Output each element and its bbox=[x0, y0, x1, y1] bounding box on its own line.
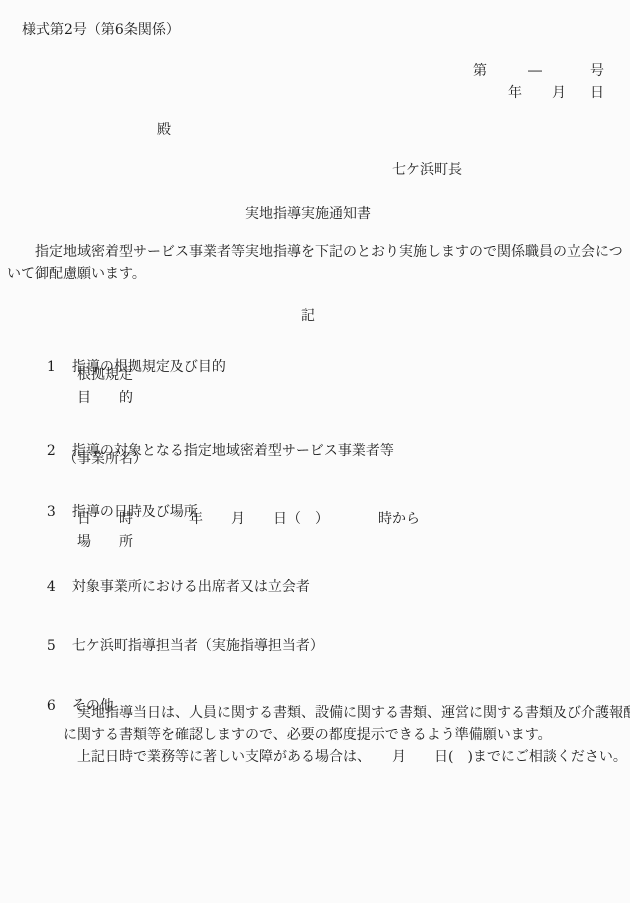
item-6-subline-contact: 上記日時で業務等に著しい支障がある場合は、 月 日( )までにご相談ください。 bbox=[63, 750, 627, 765]
item-4-number: 4 bbox=[47, 580, 72, 595]
item-2-subline-office-name: （事業所名） bbox=[63, 452, 147, 467]
doc-number-prefix: 第 bbox=[473, 64, 487, 79]
intro-line-2: いて御配慮願います。 bbox=[7, 267, 146, 282]
form-number-label: 様式第2号（第6条関係） bbox=[22, 23, 180, 38]
item-row-5: 5七ケ浜町指導担当者（実施指導担当者） bbox=[38, 624, 324, 654]
item-1-subline-basis: 根拠規定 bbox=[77, 368, 133, 383]
item-3-subline-datetime: 日 時 年 月 日（ ） 時から bbox=[77, 512, 420, 527]
date-month-label: 月 bbox=[552, 86, 566, 101]
sender-title: 七ケ浜町長 bbox=[392, 163, 462, 178]
item-6-subline-documents-1: 実地指導当日は、人員に関する書類、設備に関する書類、運営に関する書類及び介護報酬 bbox=[63, 706, 630, 721]
item-4-label: 対象事業所における出席者又は立会者 bbox=[72, 579, 310, 595]
document-title: 実地指導実施通知書 bbox=[0, 207, 616, 222]
doc-number-placeholder: ― bbox=[528, 64, 542, 79]
addressee-honorific: 殿 bbox=[157, 123, 171, 138]
item-1-number: 1 bbox=[47, 360, 72, 375]
doc-number-suffix: 号 bbox=[590, 64, 604, 79]
item-5-number: 5 bbox=[47, 639, 72, 654]
date-year-label: 年 bbox=[508, 86, 522, 101]
item-6-subline-documents-2: に関する書類等を確認しますので、必要の都度提示できるよう準備願います。 bbox=[63, 728, 552, 743]
intro-line-1: 指定地域密着型サービス事業者等実地指導を下記のとおり実施しますので関係職員の立会… bbox=[7, 245, 623, 260]
document-page: { "doc": { "form_number": "様式第2号（第6条関係）"… bbox=[0, 0, 630, 903]
item-3-number: 3 bbox=[47, 505, 72, 520]
section-marker: 記 bbox=[0, 309, 616, 324]
item-3-subline-place: 場 所 bbox=[77, 535, 133, 550]
item-1-subline-purpose: 目 的 bbox=[77, 391, 133, 406]
item-row-4: 4対象事業所における出席者又は立会者 bbox=[38, 565, 310, 595]
date-day-label: 日 bbox=[590, 86, 604, 101]
item-5-label: 七ケ浜町指導担当者（実施指導担当者） bbox=[72, 638, 324, 654]
